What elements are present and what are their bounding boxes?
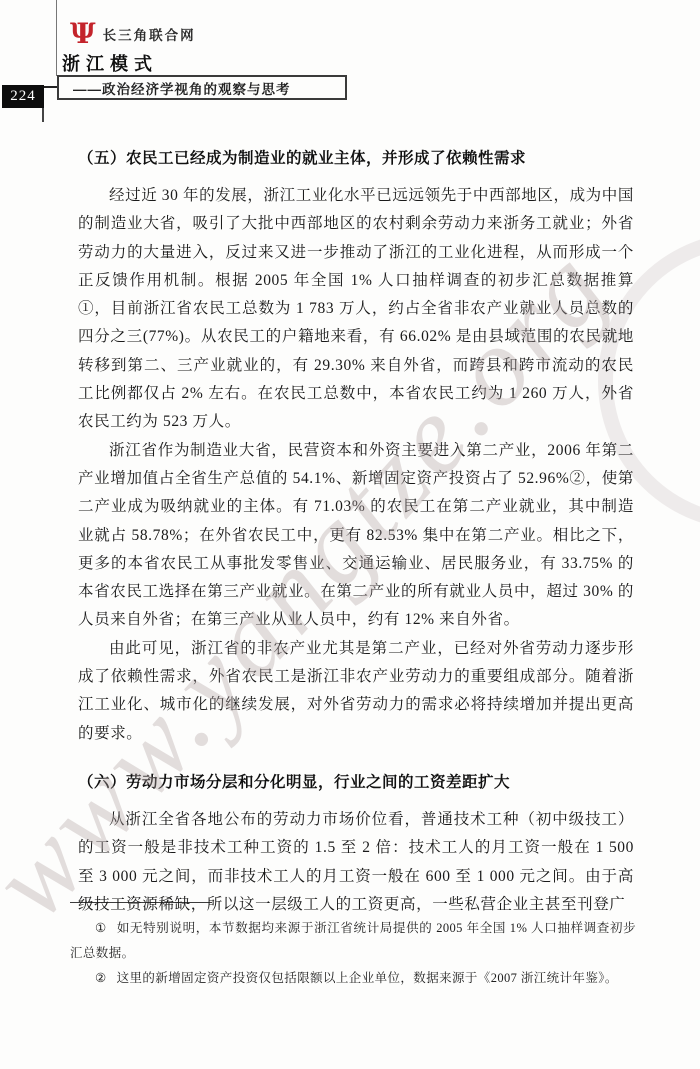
section-6-paragraph-1: 从浙江全省各地公布的劳动力市场价位看，普通技术工种（初中级技工）的工资一般是非技… [78,806,634,919]
book-subtitle-box: ——政治经济学视角的观察与思考 [57,75,347,100]
yangtze-logo-icon: Ψ [70,20,96,48]
footnote-2: ②这里的新增固定资产投资仅包括限额以上企业单位，数据来源于《2007 浙江统计年… [70,966,636,991]
book-page: Ψ 长三角联合网 浙江模式 ——政治经济学视角的观察与思考 224 （五）农民工… [0,0,700,1069]
footnote-2-text: 这里的新增固定资产投资仅包括限额以上企业单位，数据来源于《2007 浙江统计年鉴… [117,971,618,985]
section-5-paragraph-2: 浙江省作为制造业大省，民营资本和外资主要进入第二产业，2006 年第二产业增加值… [78,437,634,635]
body-text: （五）农民工已经成为制造业的就业主体，并形成了依赖性需求 经过近 30 年的发展… [78,146,634,919]
section-5-heading: （五）农民工已经成为制造业的就业主体，并形成了依赖性需求 [78,146,634,168]
footnote-1: ①如无特别说明，本节数据均来源于浙江省统计局提供的 2005 年全国 1% 人口… [70,916,636,966]
footnotes: ①如无特别说明，本节数据均来源于浙江省统计局提供的 2005 年全国 1% 人口… [70,916,636,991]
book-subtitle: ——政治经济学视角的观察与思考 [73,78,291,98]
footnote-2-marker: ② [95,971,107,985]
section-5-paragraph-1: 经过近 30 年的发展，浙江工业化水平已远远领先于中西部地区，成为中国的制造业大… [78,182,634,437]
header-vertical-rule [56,0,57,76]
page-number-connector-rule [44,86,57,88]
book-title: 浙江模式 [62,50,158,76]
footnote-1-text: 如无特别说明，本节数据均来源于浙江省统计局提供的 2005 年全国 1% 人口抽… [70,921,636,960]
page-number-tick-rule [42,108,44,122]
section-6-heading: （六）劳动力市场分层和分化明显，行业之间的工资差距扩大 [78,770,634,792]
footnote-1-marker: ① [95,921,107,935]
site-logo: Ψ 长三角联合网 [70,20,196,48]
page-number: 224 [10,88,36,105]
page-number-badge: 224 [2,85,44,108]
section-5-paragraph-3: 由此可见，浙江省的非农产业尤其是第二产业，已经对外省劳动力逐步形成了依赖性需求，… [78,635,634,748]
site-logo-label: 长三角联合网 [103,24,196,44]
